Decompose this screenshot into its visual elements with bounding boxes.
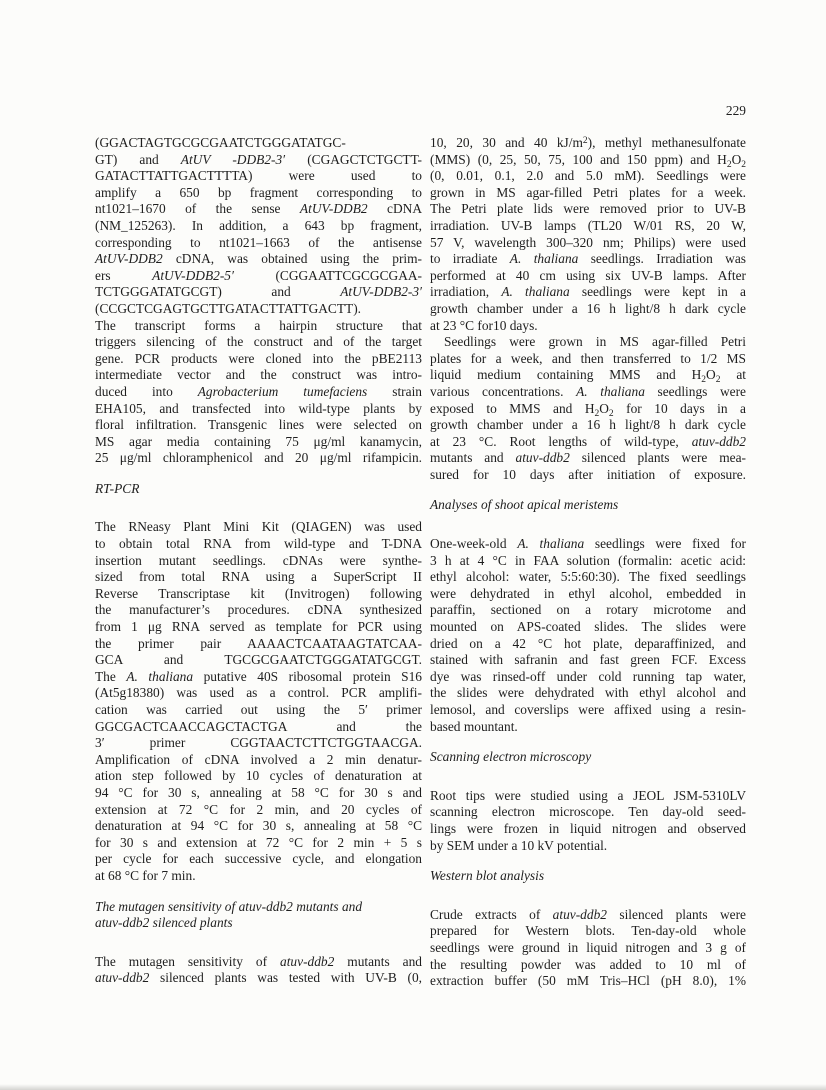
text-line: atuv-ddb2 silenced plants was tested wit… — [95, 970, 422, 987]
text-line: MS agar media containing 75 μg/ml kanamy… — [95, 434, 422, 451]
text-line: at 68 °C for 7 min. — [95, 868, 422, 885]
section-heading: Western blot analysis — [430, 868, 746, 885]
paragraph: Seedlings were grown in MS agar-filled P… — [430, 334, 746, 483]
text-line: ation step followed by 10 cycles of dena… — [95, 768, 422, 785]
text-line: to obtain total RNA from wild-type and T… — [95, 536, 422, 553]
text-line: 3 h at 4 °C in FAA solution (formalin: a… — [430, 553, 746, 570]
text-line: triggers silencing of the construct and … — [95, 334, 422, 351]
text-run: 2 — [583, 136, 588, 146]
text-line: Root tips were studied using a JEOL JSM-… — [430, 788, 746, 805]
text-line: 3′ primer CGGTAACTCTTCTGGTAACGA. — [95, 735, 422, 752]
text-line: (MMS) (0, 25, 50, 75, 100 and 150 ppm) a… — [430, 152, 746, 169]
paragraph: The RNeasy Plant Mini Kit (QIAGEN) was u… — [95, 519, 422, 884]
text-line: insertion mutant seedlings. cDNAs were s… — [95, 553, 422, 570]
text-line: RT-PCR — [95, 481, 422, 498]
text-line: stained with safranin and fast green FCF… — [430, 652, 746, 669]
text-column-right: 10, 20, 30 and 40 kJ/m2), methyl methane… — [430, 135, 746, 990]
text-line: to irradiate A. thaliana seedlings. Irra… — [430, 251, 746, 268]
text-line: for 30 s and extension at 72 °C for 2 mi… — [95, 835, 422, 852]
paragraph: The mutagen sensitivity of atuv-ddb2 mut… — [95, 954, 422, 987]
text-line: prepared for Western blots. Ten-day-old … — [430, 923, 746, 940]
text-line: Western blot analysis — [430, 868, 746, 885]
text-line: amplify a 650 bp fragment corresponding … — [95, 185, 422, 202]
text-line: AtUV-DDB2 cDNA, was obtained using the p… — [95, 251, 422, 268]
text-line: seedlings were ground in liquid nitrogen… — [430, 940, 746, 957]
text-line: corresponding to nt1021–1663 of the anti… — [95, 235, 422, 252]
text-line: extension at 72 °C for 2 min, and 20 cyc… — [95, 802, 422, 819]
text-line: The transcript forms a hairpin structure… — [95, 318, 422, 335]
text-line: sured for 10 days after initiation of ex… — [430, 467, 746, 484]
paragraph: 10, 20, 30 and 40 kJ/m2), methyl methane… — [430, 135, 746, 334]
text-line: paraffin, sectioned on a rotary microtom… — [430, 602, 746, 619]
paragraph: One-week-old A. thaliana seedlings were … — [430, 536, 746, 735]
section-heading: Scanning electron microscopy — [430, 749, 746, 766]
text-line: 57 V, wavelength 300–320 nm; Philips) we… — [430, 235, 746, 252]
text-line: growth chamber under a 16 h light/8 h da… — [430, 301, 746, 318]
text-line: floral infiltration. Transgenic lines we… — [95, 417, 422, 434]
text-line: ers AtUV-DDB2-5′ (CGGAATTCGCGCGAA- — [95, 268, 422, 285]
text-line: TCTGGGATATGCGT) and AtUV-DDB2-3′ — [95, 284, 422, 301]
text-line: were dehydrated in ethyl alcohol, embedd… — [430, 586, 746, 603]
text-line: the slides were dehydrated with ethyl al… — [430, 685, 746, 702]
text-line: extraction buffer (50 mM Tris–HCl (pH 8.… — [430, 973, 746, 990]
text-line: ethyl alcohol: water, 5:5:60:30). The fi… — [430, 569, 746, 586]
text-line: The Petri plate lids were removed prior … — [430, 201, 746, 218]
text-line: scanning electron microscope. Ten day-ol… — [430, 804, 746, 821]
section-heading: The mutagen sensitivity of atuv-ddb2 mut… — [95, 899, 422, 932]
text-line: The mutagen sensitivity of atuv-ddb2 mut… — [95, 954, 422, 971]
text-line: The mutagen sensitivity of atuv-ddb2 mut… — [95, 899, 422, 916]
text-line: the manufacturer’s procedures. cDNA synt… — [95, 602, 422, 619]
text-run: Western blot analysis — [430, 868, 544, 883]
text-line: intermediate vector and the construct wa… — [95, 367, 422, 384]
text-line: dye was rinsed-off under cold running ta… — [430, 669, 746, 686]
text-line: plates for a week, and then transferred … — [430, 351, 746, 368]
text-line: mounted on APS-coated slides. The slides… — [430, 619, 746, 636]
text-line: atuv-ddb2 silenced plants — [95, 915, 422, 932]
text-line: at 23 °C. Root lengths of wild-type, atu… — [430, 434, 746, 451]
text-run: atuv-ddb2 — [516, 450, 570, 465]
text-line: from 1 μg RNA served as template for PCR… — [95, 619, 422, 636]
text-line: Scanning electron microscopy — [430, 749, 746, 766]
text-line: Seedlings were grown in MS agar-filled P… — [430, 334, 746, 351]
text-line: GT) and AtUV -DDB2-3′ (CGAGCTCTGCTT- — [95, 152, 422, 169]
text-line: growth chamber under a 16 h light/8 h da… — [430, 417, 746, 434]
page-number: 229 — [430, 103, 746, 120]
text-line: sized from total RNA using a SuperScript… — [95, 569, 422, 586]
text-line: (0, 0.01, 0.1, 2.0 and 5.0 mM). Seedling… — [430, 168, 746, 185]
text-line: (CCGCTCGAGTGCTTGATACTTATTGACTT). — [95, 301, 422, 318]
text-run: Analyses of shoot apical meristems — [430, 497, 618, 512]
text-line: dried on a 42 °C hot plate, deparaffiniz… — [430, 636, 746, 653]
text-line: Reverse Transcriptase kit (Invitrogen) f… — [95, 586, 422, 603]
text-line: The RNeasy Plant Mini Kit (QIAGEN) was u… — [95, 519, 422, 536]
text-run: A. thaliana — [576, 384, 645, 399]
text-line: cation was carried out using the 5′ prim… — [95, 702, 422, 719]
text-run: A. thaliana — [510, 251, 579, 266]
text-run: AtUV-DDB2-5′ — [152, 268, 234, 283]
text-line: by SEM under a 10 kV potential. — [430, 838, 746, 855]
text-run: A. thaliana — [126, 669, 193, 684]
text-line: various concentrations. A. thaliana seed… — [430, 384, 746, 401]
text-line: (GGACTAGTGCGCGAATCTGGGATATGC- — [95, 135, 422, 152]
text-line: liquid medium containing MMS and H2O2 at — [430, 367, 746, 384]
text-line: EHA105, and transfected into wild-type p… — [95, 401, 422, 418]
paper-page: { "page": { "number": "229", "background… — [0, 0, 826, 1090]
text-line: (NM_125263). In addition, a 643 bp fragm… — [95, 218, 422, 235]
text-line: (At5g18380) was used as a control. PCR a… — [95, 685, 422, 702]
text-line: 25 μg/ml chloramphenicol and 20 μg/ml ri… — [95, 450, 422, 467]
text-line: lemosol, and coverslips were affixed usi… — [430, 702, 746, 719]
text-run: AtUV -DDB2-3′ — [181, 152, 285, 167]
text-line: denaturation at 94 °C for 30 s, annealin… — [95, 818, 422, 835]
paragraph: (GGACTAGTGCGCGAATCTGGGATATGC-GT) and AtU… — [95, 135, 422, 467]
text-line: the resulting powder was added to 10 ml … — [430, 957, 746, 974]
section-heading: RT-PCR — [95, 481, 422, 498]
text-run: atuv-ddb2 — [280, 954, 334, 969]
text-run: Scanning electron microscopy — [430, 749, 591, 764]
text-run: The mutagen sensitivity of — [95, 899, 239, 914]
text-run: atuv-ddb2 — [692, 434, 746, 449]
text-run: mutants and — [293, 899, 362, 914]
text-line: grown in MS agar-filled Petri plates for… — [430, 185, 746, 202]
text-line: GATACTTATTGACTTTTA) were used to — [95, 168, 422, 185]
text-line: irradiation. UV-B lamps (TL20 W/01 RS, 2… — [430, 218, 746, 235]
text-line: duced into Agrobacterium tumefaciens str… — [95, 384, 422, 401]
section-heading: Analyses of shoot apical meristems — [430, 497, 746, 514]
text-line: One-week-old A. thaliana seedlings were … — [430, 536, 746, 553]
text-run: atuv-ddb2 — [95, 970, 149, 985]
text-line: performed at 40 cm using six UV-B lamps.… — [430, 268, 746, 285]
text-run: A. thaliana — [501, 284, 569, 299]
text-run: AtUV-DDB2-3′ — [340, 284, 422, 299]
text-line: per cycle for each successive cycle, and… — [95, 851, 422, 868]
text-line: lings were frozen in liquid nitrogen and… — [430, 821, 746, 838]
text-line: mutants and atuv-ddb2 silenced plants we… — [430, 450, 746, 467]
text-line: the primer pair AAAACTCAATAAGTATCAA- — [95, 636, 422, 653]
text-line: at 23 °C for10 days. — [430, 318, 746, 335]
paragraph: Crude extracts of atuv-ddb2 silenced pla… — [430, 907, 746, 990]
text-line: Analyses of shoot apical meristems — [430, 497, 746, 514]
text-run: AtUV-DDB2 — [300, 201, 368, 216]
text-line: The A. thaliana putative 40S ribosomal p… — [95, 669, 422, 686]
text-run: silenced plants — [149, 915, 232, 930]
text-run: A. thaliana — [517, 536, 584, 551]
text-line: irradiation, A. thaliana seedlings were … — [430, 284, 746, 301]
paragraph: Root tips were studied using a JEOL JSM-… — [430, 788, 746, 854]
text-line: gene. PCR products were cloned into the … — [95, 351, 422, 368]
text-line: exposed to MMS and H2O2 for 10 days in a — [430, 401, 746, 418]
text-line: GGCGACTCAACCAGCTACTGA and the — [95, 719, 422, 736]
text-run: Agrobacterium tumefaciens — [198, 384, 368, 399]
text-line: Amplification of cDNA involved a 2 min d… — [95, 752, 422, 769]
text-run: AtUV-DDB2 — [95, 251, 163, 266]
text-line: 94 °C for 30 s, annealing at 58 °C for 3… — [95, 785, 422, 802]
text-run: atuv-ddb2 — [553, 907, 607, 922]
text-run: RT-PCR — [95, 481, 139, 496]
text-column-left: (GGACTAGTGCGCGAATCTGGGATATGC-GT) and AtU… — [95, 135, 422, 987]
text-line: nt1021–1670 of the sense AtUV-DDB2 cDNA — [95, 201, 422, 218]
text-line: GCA and TGCGCGAATCTGGGATATGCGT. — [95, 652, 422, 669]
text-line: Crude extracts of atuv-ddb2 silenced pla… — [430, 907, 746, 924]
text-line: based mountant. — [430, 719, 746, 736]
page-bottom-edge — [0, 1084, 826, 1090]
text-line: 10, 20, 30 and 40 kJ/m2), methyl methane… — [430, 135, 746, 152]
